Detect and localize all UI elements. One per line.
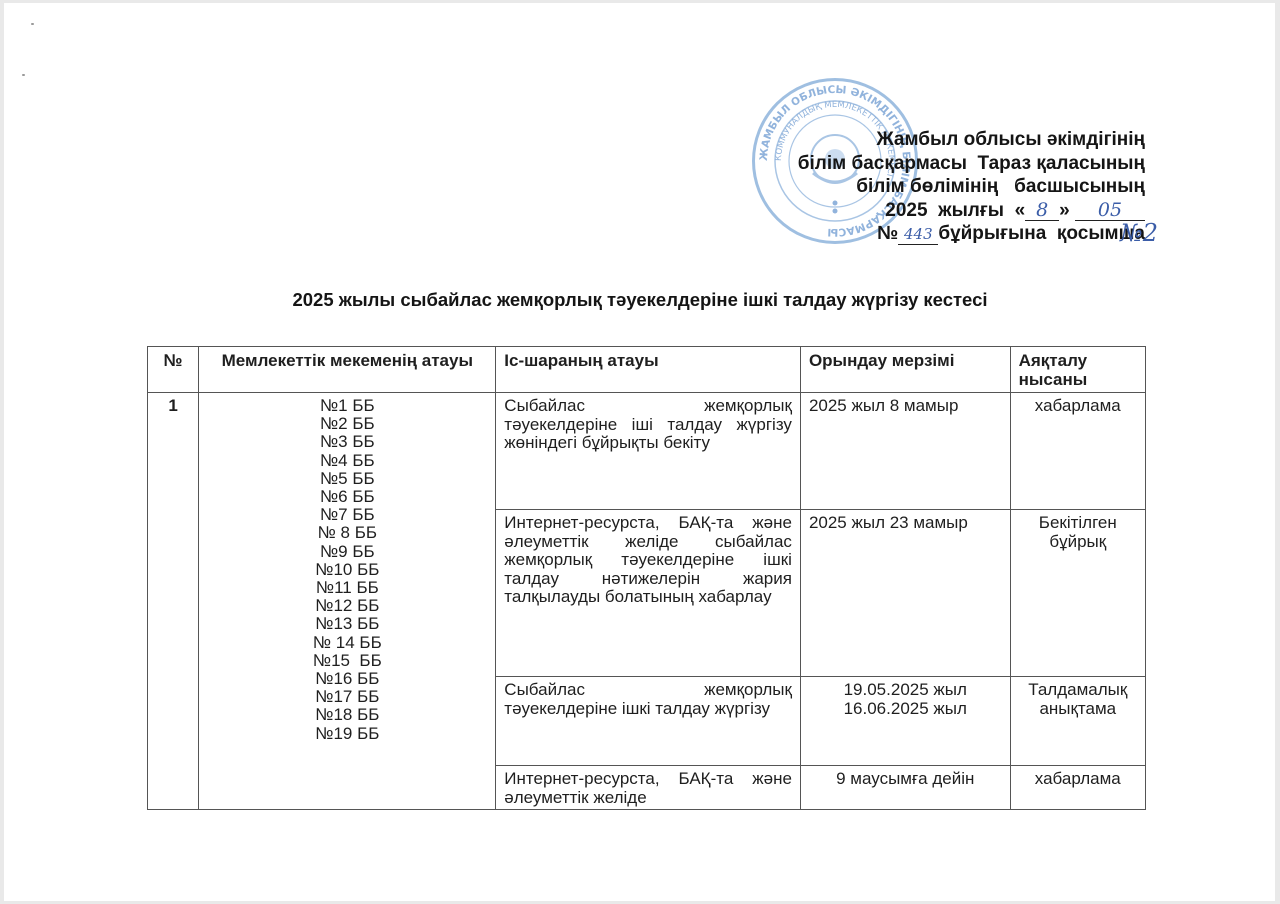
organization-item: №4 ББ (207, 452, 487, 470)
page-title: 2025 жылы сыбайлас жемқорлық тәуекелдері… (0, 289, 1280, 311)
completion-form-cell: хабарлама (1010, 393, 1145, 510)
date-prefix: 2025 жылғы « (885, 200, 1025, 221)
table-header-row: № Мемлекеттік мекеменің атауы Іс-шараның… (148, 347, 1146, 393)
scan-speck (31, 23, 34, 25)
number-sign: № (877, 223, 898, 244)
header-no: № (148, 347, 199, 393)
header-organization: Мемлекеттік мекеменің атауы (199, 347, 496, 393)
approval-line-2: білім басқармасы Тараз қаласының (798, 152, 1145, 176)
handwritten-day: 8 (1025, 200, 1059, 221)
header-activity: Іс-шараның атауы (496, 347, 801, 393)
completion-form-cell: хабарлама (1010, 766, 1145, 810)
activity-cell: Сыбайлас жемқорлық тәуекелдеріне іші тал… (496, 393, 801, 510)
activity-cell: Интернет-ресурста, БАҚ-та және әлеуметті… (496, 510, 801, 677)
deadline-cell: 9 маусымға дейін (800, 766, 1010, 810)
organization-item: №7 ББ (207, 506, 487, 524)
approval-line-1: Жамбыл облысы әкімдігінің (798, 128, 1145, 152)
header-completion-form: Аяқталу нысаны (1010, 347, 1145, 393)
organization-item: №6 ББ (207, 488, 487, 506)
deadline-end: 16.06.2025 жыл (809, 700, 1002, 719)
completion-form-cell: Талдамалық анықтама (1010, 677, 1145, 766)
organization-item: №1 ББ (207, 397, 487, 415)
organization-item: №16 ББ (207, 670, 487, 688)
organization-item: №11 ББ (207, 579, 487, 597)
organization-item: №3 ББ (207, 433, 487, 451)
approval-date-line: 2025 жылғы «8» 05 (798, 199, 1145, 223)
deadline-cell: 2025 жыл 23 мамыр (800, 510, 1010, 677)
organization-item: №19 ББ (207, 725, 487, 743)
approval-order-line: №443бұйрығына қосымша (798, 222, 1145, 246)
handwritten-month: 05 (1075, 200, 1145, 221)
organization-item: №18 ББ (207, 706, 487, 724)
header-deadline: Орындау мерзімі (800, 347, 1010, 393)
organization-item: №15 ББ (207, 652, 487, 670)
organization-item: № 14 ББ (207, 634, 487, 652)
approval-line-3: білім бөлімінің басшысының (798, 175, 1145, 199)
organization-item: №10 ББ (207, 561, 487, 579)
handwritten-order-number: 443 (898, 224, 938, 245)
organization-item: №12 ББ (207, 597, 487, 615)
deadline-cell: 19.05.2025 жыл 16.06.2025 жыл (800, 677, 1010, 766)
handwritten-appendix-number: №2 (1120, 219, 1158, 247)
deadline-start: 19.05.2025 жыл (809, 681, 1002, 700)
organization-item: №9 ББ (207, 543, 487, 561)
organization-item: №17 ББ (207, 688, 487, 706)
row-number: 1 (148, 393, 199, 810)
organization-item: №13 ББ (207, 615, 487, 633)
completion-form-cell: Бекітілген бұйрық (1010, 510, 1145, 677)
organization-item: №5 ББ (207, 470, 487, 488)
organization-item: №2 ББ (207, 415, 487, 433)
organization-list: №1 ББ №2 ББ №3 ББ №4 ББ №5 ББ №6 ББ №7 Б… (199, 393, 496, 810)
scan-speck (22, 74, 25, 76)
activity-cell: Сыбайлас жемқорлық тәуекелдеріне ішкі та… (496, 677, 801, 766)
analysis-schedule-table: № Мемлекеттік мекеменің атауы Іс-шараның… (147, 346, 1146, 810)
activity-cell: Интернет-ресурста, БАҚ-та және әлеуметті… (496, 766, 801, 810)
deadline-cell: 2025 жыл 8 мамыр (800, 393, 1010, 510)
table-row: 1 №1 ББ №2 ББ №3 ББ №4 ББ №5 ББ №6 ББ №7… (148, 393, 1146, 510)
order-suffix: бұйрығына қосымша (938, 223, 1145, 244)
organization-item: № 8 ББ (207, 524, 487, 542)
date-quote-close: » (1059, 200, 1070, 221)
approval-header: Жамбыл облысы әкімдігінің білім басқарма… (798, 128, 1145, 246)
